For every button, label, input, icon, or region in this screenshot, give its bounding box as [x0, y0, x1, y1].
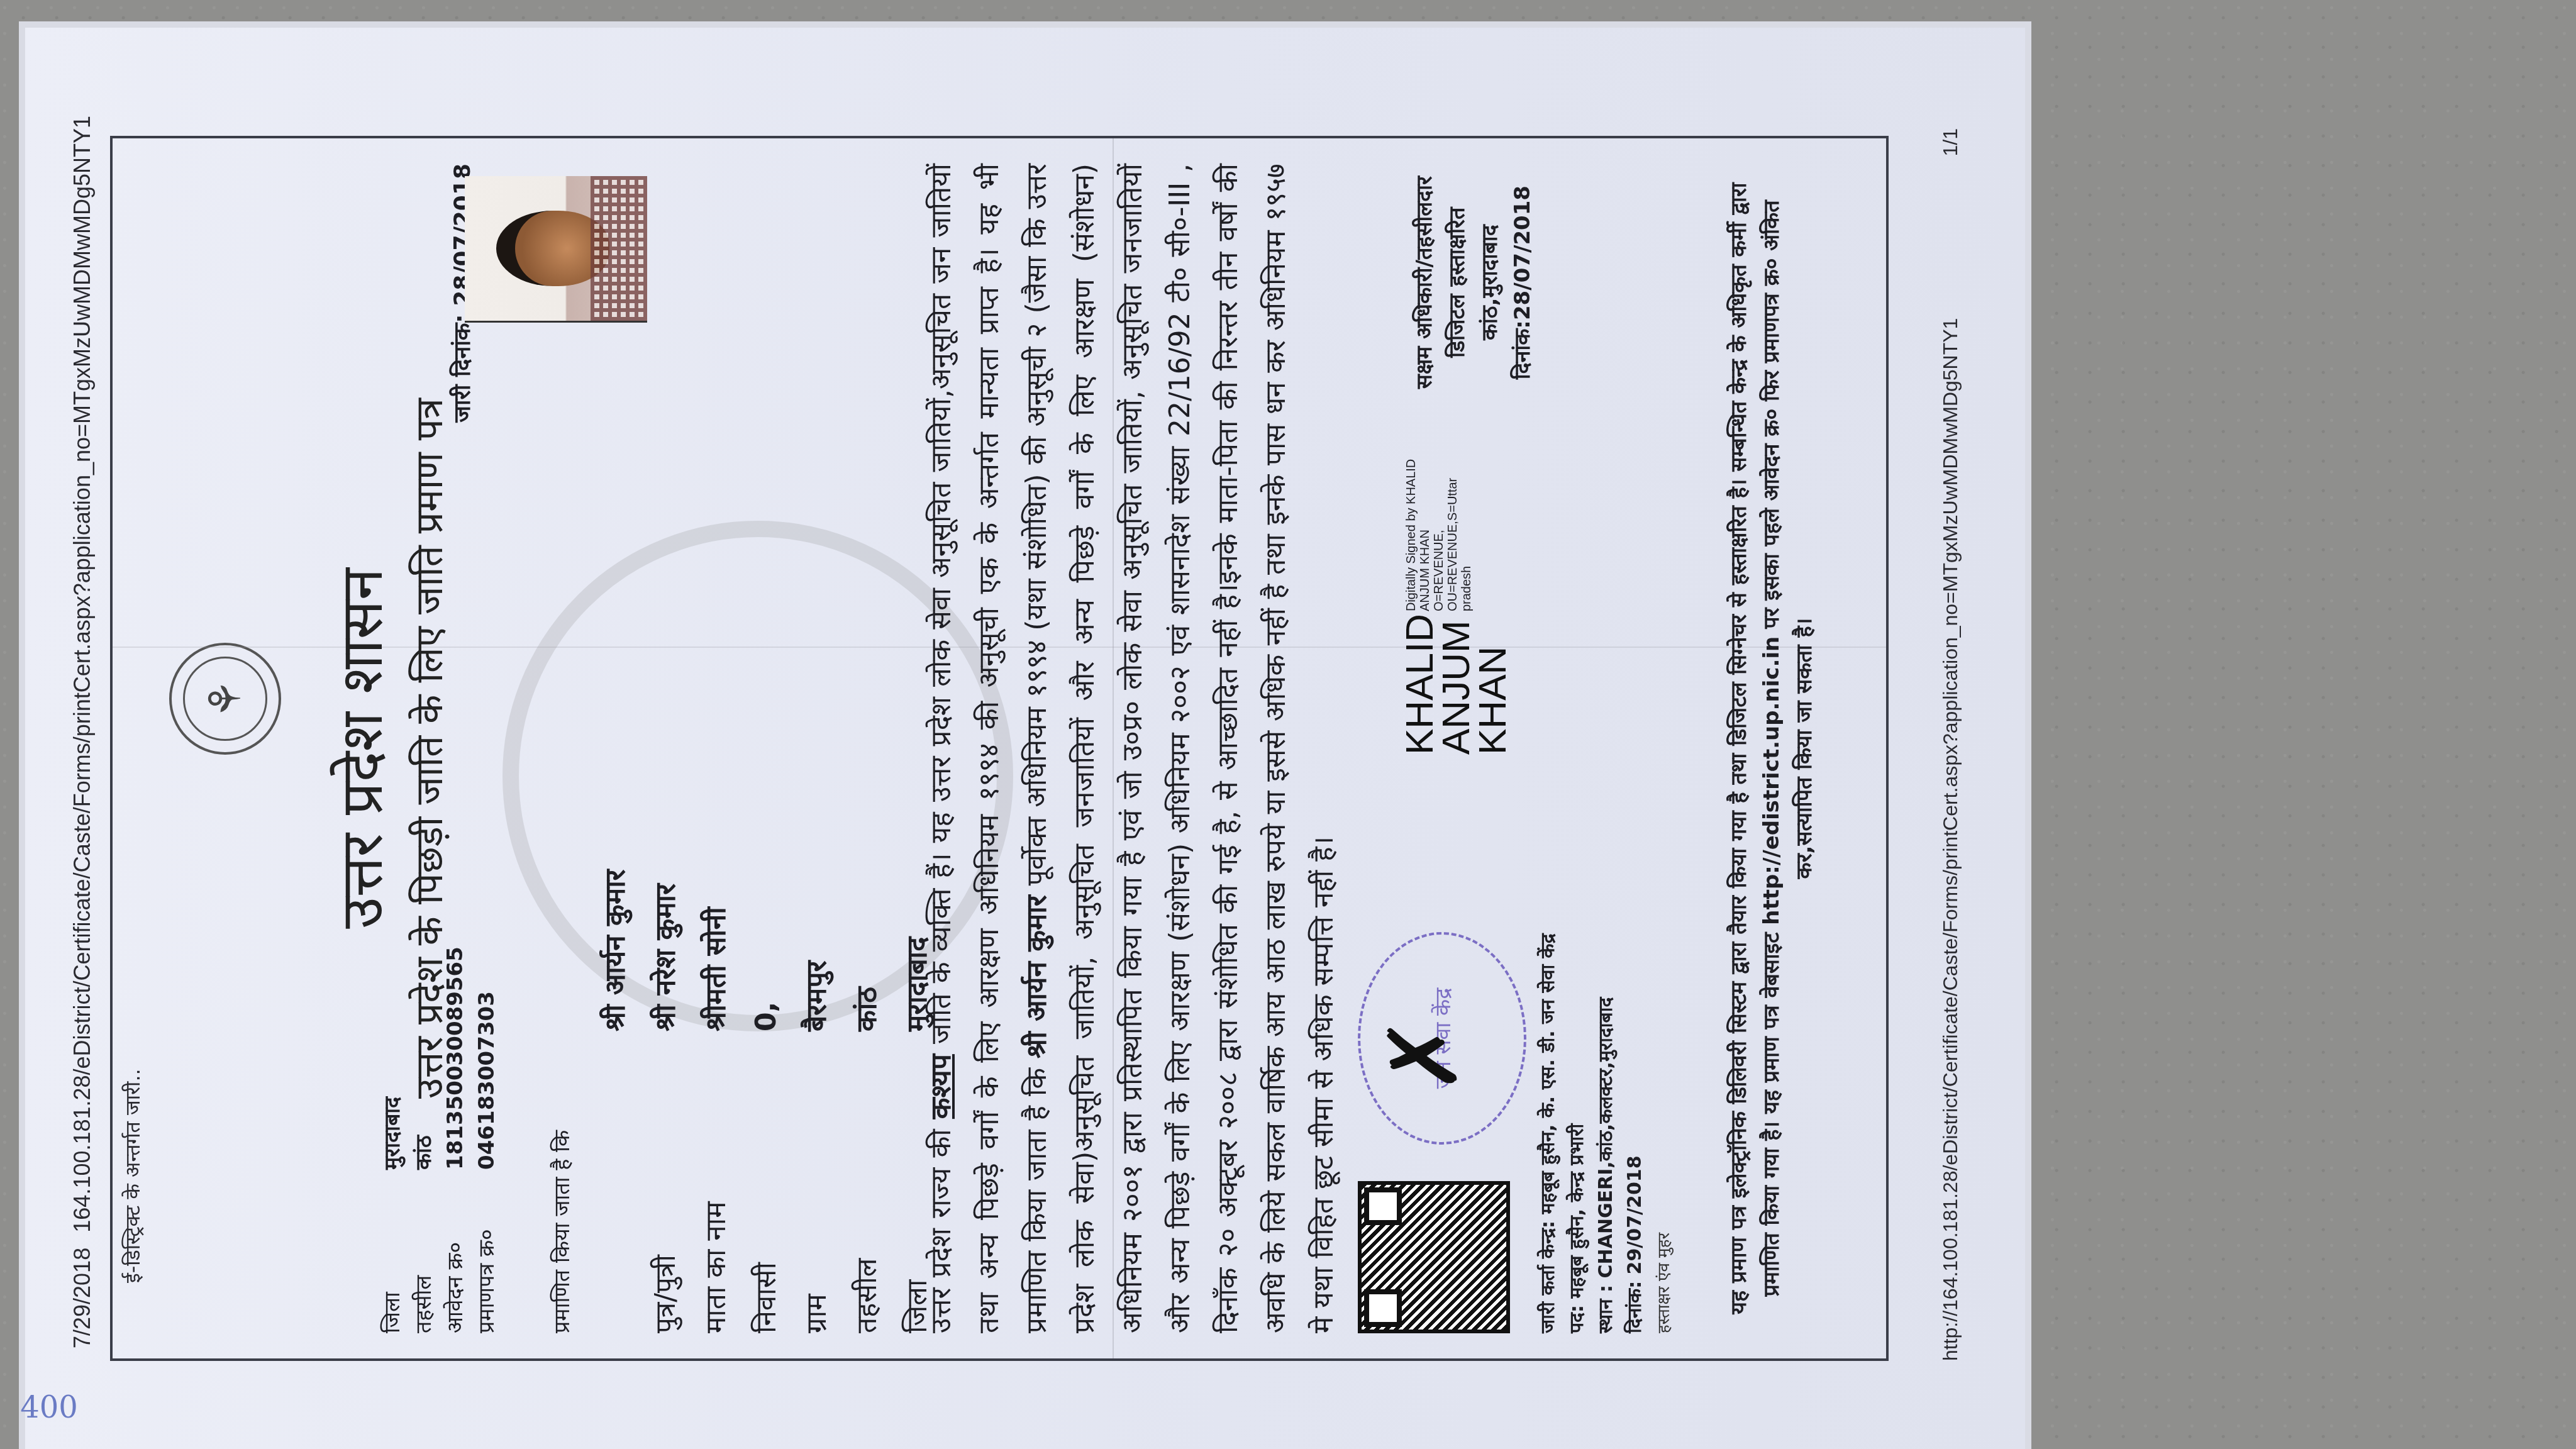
issuer-post: पद: महबूब हुसैन, केन्द्र प्रभारी: [1563, 933, 1592, 1333]
officer-date: दिनांक:28/07/2018: [1506, 176, 1539, 389]
issuing-center: जारी कर्ता केन्द्र: महबूब हुसैन, के. एस.…: [1534, 933, 1679, 1333]
signature-details: Digitally Signed by KHALID ANJUM KHAN O=…: [1404, 459, 1474, 611]
handwritten-note: 400: [20, 1390, 78, 1425]
certificate-body: उत्तर प्रदेश राज्य की कश्यप जाति के व्यक…: [918, 164, 1348, 1333]
applicant-details: श्री आर्यन कुमार पुत्र/पुत्री श्री नरेश …: [591, 453, 943, 1333]
field-village: ग्राम बैरमपुर: [792, 453, 842, 1333]
caste-certificate-sheet: 400 7/29/2018 164.100.181.28/eDistrict/C…: [25, 28, 2025, 1449]
certificate-meta: जिला मुरादाबाद तहसील कांठ आवेदन क्र० 181…: [377, 947, 502, 1333]
issuer-center: जारी कर्ता केन्द्र: महबूब हुसैन, के. एस.…: [1534, 933, 1563, 1333]
caste-name: कश्यप: [925, 1054, 957, 1119]
issuer-note: हस्ताक्षर एंव मुहर: [1650, 933, 1679, 1333]
meta-district: जिला मुरादाबाद: [377, 947, 408, 1333]
print-date: 7/29/2018: [69, 1248, 96, 1348]
signer-name: KHALID ANJUM KHAN: [1402, 614, 1511, 755]
up-govt-emblem-icon: ⚘: [169, 643, 281, 755]
applicant-name-row: श्री आर्यन कुमार: [591, 453, 641, 1333]
officer-title: सक्षम अधिकारी/तहसीलदार: [1408, 176, 1441, 389]
issuer-place: स्थान : CHANGERI,कांठ,कलक्टर,मुरादाबाद: [1592, 933, 1621, 1333]
qr-code-icon: [1358, 1181, 1510, 1333]
meta-certificate-number: प्रमाणपत्र क्र० 046183007303: [471, 947, 502, 1333]
page-number: 1/1: [1939, 128, 1962, 156]
field-tehsil: तहसील कांठ: [842, 453, 892, 1333]
field-mother: माता का नाम श्रीमती सोनी: [691, 453, 741, 1333]
photographed-document: 400 7/29/2018 164.100.181.28/eDistrict/C…: [25, 0, 2025, 1449]
print-url: 164.100.181.28/eDistrict/Certificate/Cas…: [69, 116, 96, 1233]
certificate-frame: ई-डिस्ट्रिक्ट के अन्तर्गत जारी.. ⚘ उत्तर…: [110, 136, 1889, 1361]
digital-signature: KHALID ANJUM KHAN Digitally Signed by KH…: [1402, 459, 1511, 755]
field-father: पुत्र/पुत्री श्री नरेश कुमार: [641, 453, 691, 1333]
photo-shirt: [591, 176, 647, 321]
applicant-photo: [465, 176, 647, 323]
body-applicant-name: श्री आर्यन कुमार: [1021, 895, 1053, 1058]
competent-officer: सक्षम अधिकारी/तहसीलदार डिजिटल हस्ताक्षरि…: [1408, 176, 1539, 389]
issuer-date: दिनांक: 29/07/2018: [1621, 933, 1650, 1333]
meta-tehsil: तहसील कांठ: [408, 947, 440, 1333]
browser-print-header: 7/29/2018 164.100.181.28/eDistrict/Certi…: [69, 116, 96, 1348]
officer-location: कांठ,मुरादाबाद: [1474, 176, 1506, 389]
declaration-label: प्रमाणित किया जाता है कि: [547, 1130, 575, 1333]
applicant-name: श्री आर्यन कुमार: [591, 869, 641, 1031]
officer-sign-type: डिजिटल हस्ताक्षरित: [1441, 176, 1474, 389]
field-resident: निवासी 0,: [741, 453, 792, 1333]
issued-under-caption: ई-डिस्ट्रिक्ट के अन्तर्गत जारी..: [119, 1069, 146, 1283]
verification-disclaimer: यह प्रमाण पत्र इलेक्ट्रॉनिक डिलिवरी सिस्…: [1723, 164, 1821, 1333]
emblem-glyph: ⚘: [183, 657, 267, 741]
print-footer-url: http://164.100.181.28/eDistrict/Certific…: [1939, 318, 1962, 1361]
handwritten-signature-icon: ✗: [1377, 987, 1496, 1094]
meta-application-number: आवेदन क्र० 181350030089565: [440, 947, 471, 1333]
